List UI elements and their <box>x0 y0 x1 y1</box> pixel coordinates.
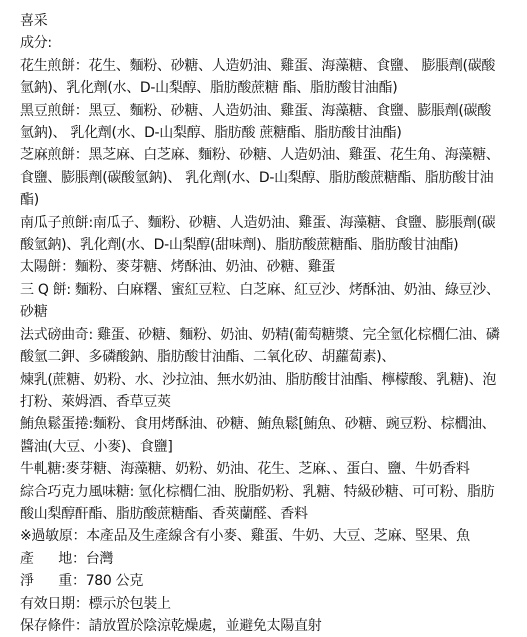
ingredient-line: 氫鈉)、 乳化劑(水、D-山梨醇、脂肪酸 蔗糖酯、脂肪酸甘油酯) <box>20 122 490 144</box>
ingredient-tuna-egg-roll: 鮪魚鬆蛋捲:麵粉、食用烤酥油、砂糖、鮪魚鬆[鮪魚、砂糖、豌豆粉、棕櫚油、 醬油(… <box>20 413 490 458</box>
ingredient-line: 酯) <box>20 189 490 211</box>
spec-net-weight: 淨重 ： 780 公克 <box>20 570 490 578</box>
ingredient-line: 芝麻煎餅：黑芝麻、白芝麻、麵粉、砂糖、人造奶油、雞蛋、花生角、海藻糖、 <box>20 144 490 166</box>
ingredient-line: 醬油(大豆、小麥)、食鹽] <box>20 436 490 458</box>
ingredient-line: 酸氫二鉀、多磷酸鈉、脂肪酸甘油酯、二氧化矽、胡蘿蔔素)、 <box>20 346 490 368</box>
ingredient-line: 黑豆煎餅：黑豆、麵粉、砂糖、人造奶油、雞蛋、海藻糖、食鹽、膨脹劑(碳酸 <box>20 100 490 122</box>
ingredient-line: 酸山梨醇酐酯、脂肪酸蔗糖酯、香莢蘭醛、香料 <box>20 503 490 525</box>
ingredient-line: 砂糖 <box>20 301 490 323</box>
spec-separator: ： <box>72 548 86 570</box>
product-label-document: 喜采 成分: 花生煎餅：花生、麵粉、砂糖、人造奶油、雞蛋、海藻糖、食鹽、 膨脹劑… <box>20 10 490 578</box>
ingredient-french-cookie: 法式磅曲奇: 雞蛋、砂糖、麵粉、奶油、奶精(葡萄糖漿、完全氫化棕櫚仁油、磷 酸氫… <box>20 324 490 414</box>
product-name: 喜采 <box>20 10 490 32</box>
spec-value: 台灣 <box>86 548 113 570</box>
ingredient-chocolate-candy: 綜合巧克力風味糖: 氫化棕櫚仁油、脫脂奶粉、乳糖、特級砂糖、可可粉、脂肪 酸山梨… <box>20 481 490 526</box>
ingredient-black-bean-cracker: 黑豆煎餅：黑豆、麵粉、砂糖、人造奶油、雞蛋、海藻糖、食鹽、膨脹劑(碳酸 氫鈉)、… <box>20 100 490 145</box>
ingredient-line: 法式磅曲奇: 雞蛋、砂糖、麵粉、奶油、奶精(葡萄糖漿、完全氫化棕櫚仁油、磷 <box>20 324 490 346</box>
ingredient-line: 牛軋糖:麥芽糖、海藻糖、奶粉、奶油、花生、芝麻、、蛋白、鹽、牛奶香料 <box>20 458 490 480</box>
ingredient-line: 煉乳(蔗糖、奶粉、水、沙拉油、無水奶油、脂肪酸甘油酯、檸檬酸、乳糖)、泡 <box>20 369 490 391</box>
ingredient-sun-cake: 太陽餅：麵粉、麥芽糖、烤酥油、奶油、砂糖、雞蛋 <box>20 256 490 278</box>
ingredient-line: 氫鈉)、乳化劑(水、D-山梨醇、脂肪酸蔗糖 酯、脂肪酸甘油酯) <box>20 77 490 99</box>
ingredients-heading: 成分: <box>20 32 490 54</box>
allergen-notice: ※過敏原：本產品及生產線含有小麥、雞蛋、牛奶、大豆、芝麻、堅果、魚 <box>20 525 490 547</box>
spec-separator: ： <box>72 570 86 578</box>
ingredient-sesame-cracker: 芝麻煎餅：黑芝麻、白芝麻、麵粉、砂糖、人造奶油、雞蛋、花生角、海藻糖、 食鹽、膨… <box>20 144 490 211</box>
spec-origin: 產地 ： 台灣 <box>20 548 490 570</box>
spec-label: 產地 <box>20 548 72 570</box>
ingredient-line: 三 Q 餅: 麵粉、白麻糬、蜜紅豆粒、白芝麻、紅豆沙、烤酥油、奶油、綠豆沙、 <box>20 279 490 301</box>
ingredient-line: 綜合巧克力風味糖: 氫化棕櫚仁油、脫脂奶粉、乳糖、特級砂糖、可可粉、脂肪 <box>20 481 490 503</box>
ingredient-line: 太陽餅：麵粉、麥芽糖、烤酥油、奶油、砂糖、雞蛋 <box>20 256 490 278</box>
ingredient-peanut-cracker: 花生煎餅：花生、麵粉、砂糖、人造奶油、雞蛋、海藻糖、食鹽、 膨脹劑(碳酸 氫鈉)… <box>20 55 490 100</box>
ingredient-line: 南瓜子煎餅:南瓜子、麵粉、砂糖、人造奶油、雞蛋、海藻糖、食鹽、膨脹劑(碳 <box>20 212 490 234</box>
ingredient-line: 打粉、萊姆酒、香草豆莢 <box>20 391 490 413</box>
spec-label: 淨重 <box>20 570 72 578</box>
ingredient-san-q-cake: 三 Q 餅: 麵粉、白麻糬、蜜紅豆粒、白芝麻、紅豆沙、烤酥油、奶油、綠豆沙、 砂… <box>20 279 490 324</box>
ingredient-line: 食鹽、膨脹劑(碳酸氫鈉)、 乳化劑(水、D-山梨醇、脂肪酸蔗糖酯、脂肪酸甘油 <box>20 167 490 189</box>
ingredient-line: 花生煎餅：花生、麵粉、砂糖、人造奶油、雞蛋、海藻糖、食鹽、 膨脹劑(碳酸 <box>20 55 490 77</box>
ingredient-line: 鮪魚鬆蛋捲:麵粉、食用烤酥油、砂糖、鮪魚鬆[鮪魚、砂糖、豌豆粉、棕櫚油、 <box>20 413 490 435</box>
ingredient-nougat: 牛軋糖:麥芽糖、海藻糖、奶粉、奶油、花生、芝麻、、蛋白、鹽、牛奶香料 <box>20 458 490 480</box>
spec-value: 780 公克 <box>86 570 143 578</box>
ingredient-line: 酸氫鈉)、乳化劑(水、D-山梨醇(甜味劑)、脂肪酸蔗糖酯、脂肪酸甘油酯) <box>20 234 490 256</box>
ingredient-list: 花生煎餅：花生、麵粉、砂糖、人造奶油、雞蛋、海藻糖、食鹽、 膨脹劑(碳酸 氫鈉)… <box>20 55 490 526</box>
ingredient-pumpkin-seed-cracker: 南瓜子煎餅:南瓜子、麵粉、砂糖、人造奶油、雞蛋、海藻糖、食鹽、膨脹劑(碳 酸氫鈉… <box>20 212 490 257</box>
